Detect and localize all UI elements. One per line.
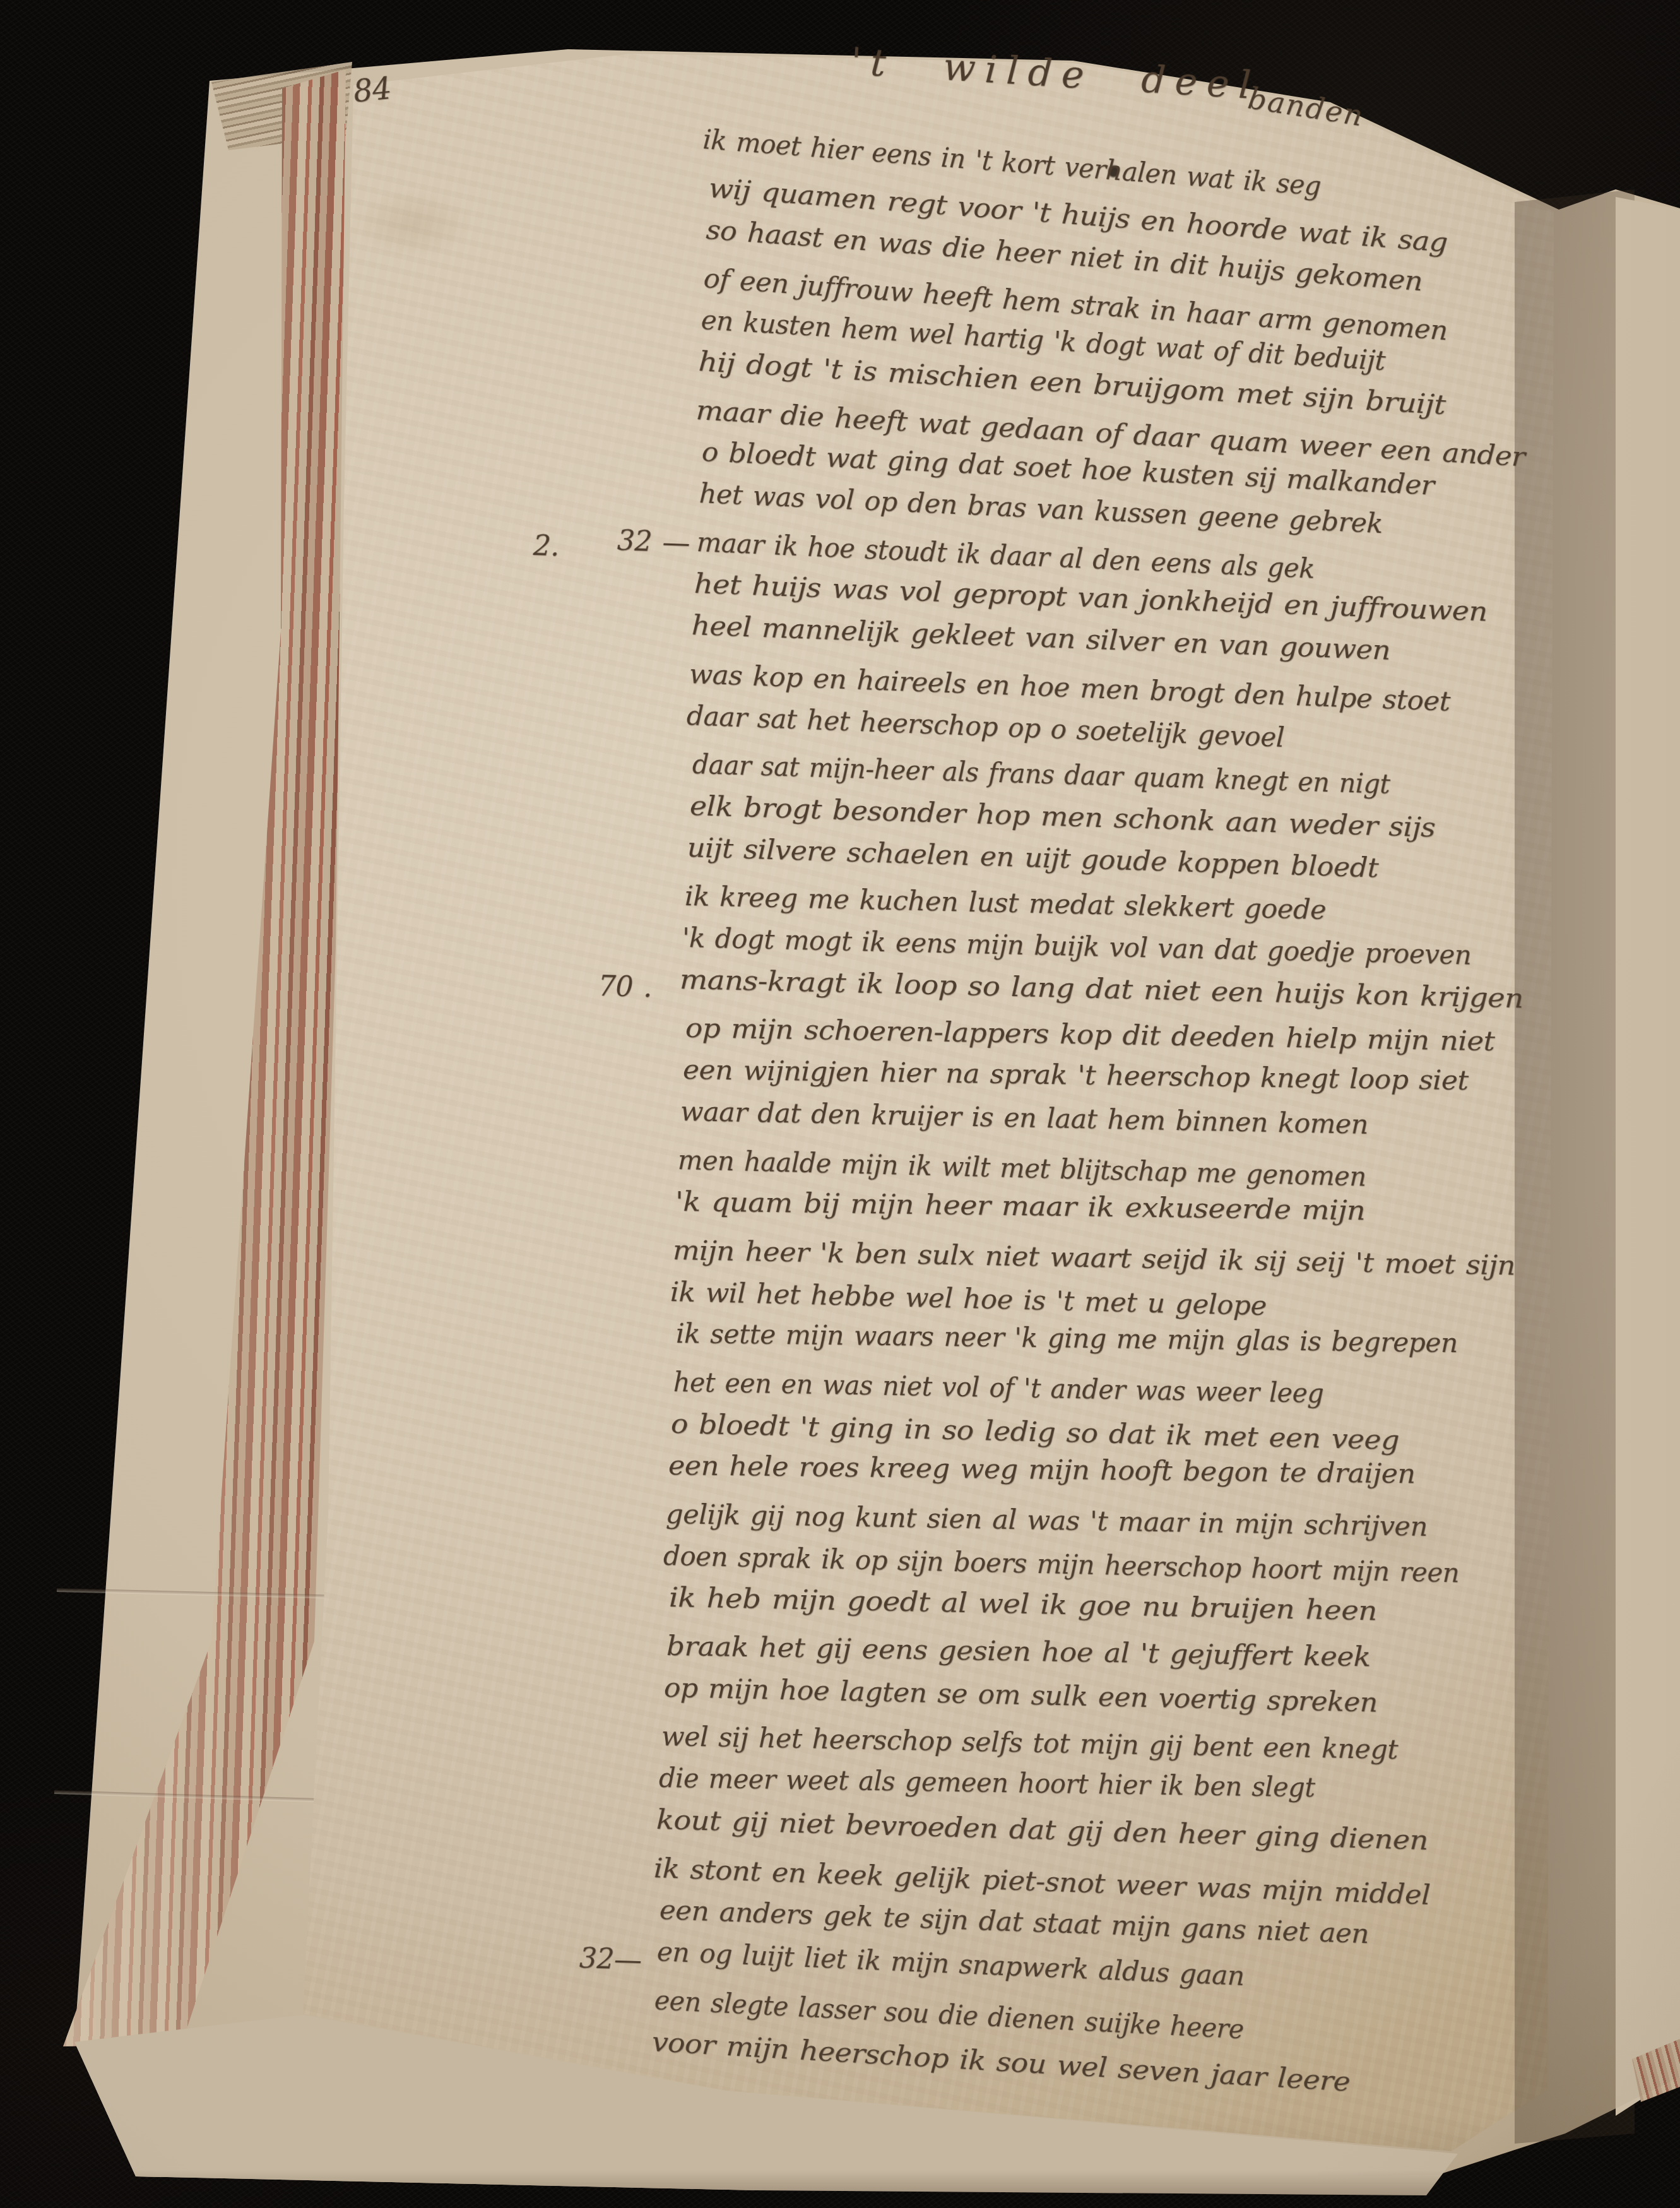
photo-vignette bbox=[0, 0, 1680, 2208]
manuscript-photo: { "header": { "folio": "84", "title": "'… bbox=[0, 0, 1680, 2208]
